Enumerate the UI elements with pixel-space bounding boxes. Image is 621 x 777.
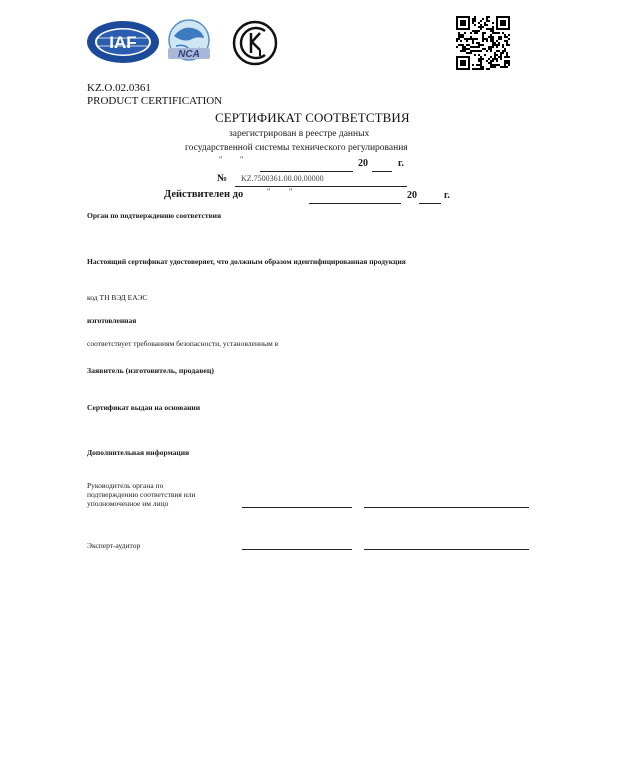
date-quote-open: " bbox=[219, 155, 222, 164]
expert-label: Эксперт-аудитор bbox=[87, 541, 140, 550]
expert-signature-line bbox=[242, 549, 352, 550]
iaf-logo: IAF bbox=[86, 20, 160, 64]
date-quote-close: " bbox=[240, 155, 243, 164]
qr-code bbox=[456, 16, 510, 70]
product-certification-label: PRODUCT CERTIFICATION bbox=[87, 95, 222, 107]
date-month-line bbox=[260, 171, 353, 172]
additional-info-label: Дополнительная информация bbox=[87, 448, 189, 457]
valid-until-label: Действителен до bbox=[164, 189, 243, 200]
date-year-line bbox=[372, 171, 392, 172]
kz-conformity-mark bbox=[232, 20, 278, 66]
valid-month-line bbox=[309, 203, 401, 204]
head-label-line1: Руководитель органа по bbox=[87, 481, 163, 490]
certificate-title: СЕРТИФИКАТ СООТВЕТСТВИЯ bbox=[215, 110, 410, 126]
nca-logo: NCA bbox=[166, 18, 212, 66]
head-name-line bbox=[364, 507, 529, 508]
certifies-label: Настоящий сертификат удостоверяет, что д… bbox=[87, 257, 406, 266]
registration-number: KZ.O.02.0361 bbox=[87, 82, 151, 94]
expert-name-line bbox=[364, 549, 529, 550]
applicant-label: Заявитель (изготовитель, продавец) bbox=[87, 366, 214, 375]
valid-quote-open: " bbox=[267, 187, 270, 196]
svg-text:NCA: NCA bbox=[178, 49, 200, 60]
subtitle-registered: зарегистрирован в реестре данных bbox=[229, 129, 369, 139]
date-year-prefix: 20 bbox=[358, 158, 368, 169]
svg-text:IAF: IAF bbox=[109, 33, 136, 52]
issued-basis-label: Сертификат выдан на основании bbox=[87, 403, 200, 412]
number-underline bbox=[235, 186, 407, 187]
subtitle-system: государственной системы технического рег… bbox=[185, 143, 408, 153]
complies-label: соответствует требованиям безопасности, … bbox=[87, 339, 278, 348]
valid-year-line bbox=[419, 203, 441, 204]
valid-year-suffix: г. bbox=[444, 190, 450, 201]
number-label: № bbox=[217, 173, 227, 184]
head-signature-line bbox=[242, 507, 352, 508]
head-label-line3: уполномоченное им лицо bbox=[87, 499, 168, 508]
date-year-suffix: г. bbox=[398, 158, 404, 169]
hs-code-label: код ТН ВЭД ЕАЭС bbox=[87, 293, 147, 302]
certificate-number: KZ.7500361.00.00.00000 bbox=[241, 174, 324, 183]
conformity-body-label: Орган по подтверждению соответствия bbox=[87, 211, 221, 220]
manufactured-label: изготовленная bbox=[87, 316, 136, 325]
valid-year-prefix: 20 bbox=[407, 190, 417, 201]
valid-quote-close: " bbox=[289, 187, 292, 196]
head-label-line2: подтверждению соответствия или bbox=[87, 490, 196, 499]
